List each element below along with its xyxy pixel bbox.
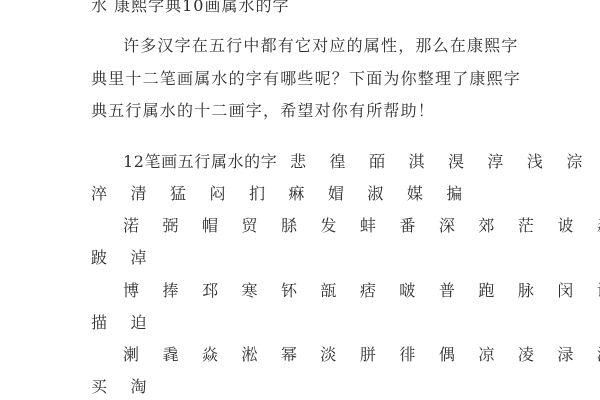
- char-list-2-line-2: 跛 淖: [91, 248, 156, 268]
- char-list-1-line-2: 淬 清 猛 闷 扪 痳 媢 淑 媒 揙: [91, 184, 472, 204]
- char-list-3-line-1: 博 捧 邳 寒 钚 瓿 痞 啵 普 跑 脉 闵 评 彭 淼 幖: [123, 281, 600, 301]
- char-list-1-line-1: 悲 徨 皕 淇 湨 淳 浅 淙: [290, 152, 592, 172]
- char-list-4-line-1: 溂 毳 焱 淞 幂 淡 胼 徘 偶 凉 凌 渌 添 斐 扉 涴: [123, 345, 600, 365]
- title-fragment: 水 康熙字典10画属水的字: [91, 0, 289, 16]
- char-list-3-line-2: 描 迫: [91, 313, 156, 333]
- document-page: 水 康熙字典10画属水的字 许多汉字在五行中都有它对应的属性，那么在康熙字 典里…: [0, 0, 600, 400]
- char-list-2-line-1: 渃 弼 帽 贸 脎 发 蚌 番 深 郊 茫 诐 淼 邴 排 牌: [123, 216, 600, 236]
- intro-line-1: 许多汉字在五行中都有它对应的属性，那么在康熙字: [123, 36, 519, 56]
- section-heading: 12笔画五行属水的字: [123, 152, 277, 172]
- intro-line-2: 典里十二笔画属水的字有哪些呢？下面为你整理了康熙字: [91, 69, 521, 89]
- intro-line-3: 典五行属水的十二画字，希望对你有所帮助！: [91, 101, 435, 121]
- char-list-4-line-2: 买 淘: [91, 377, 156, 397]
